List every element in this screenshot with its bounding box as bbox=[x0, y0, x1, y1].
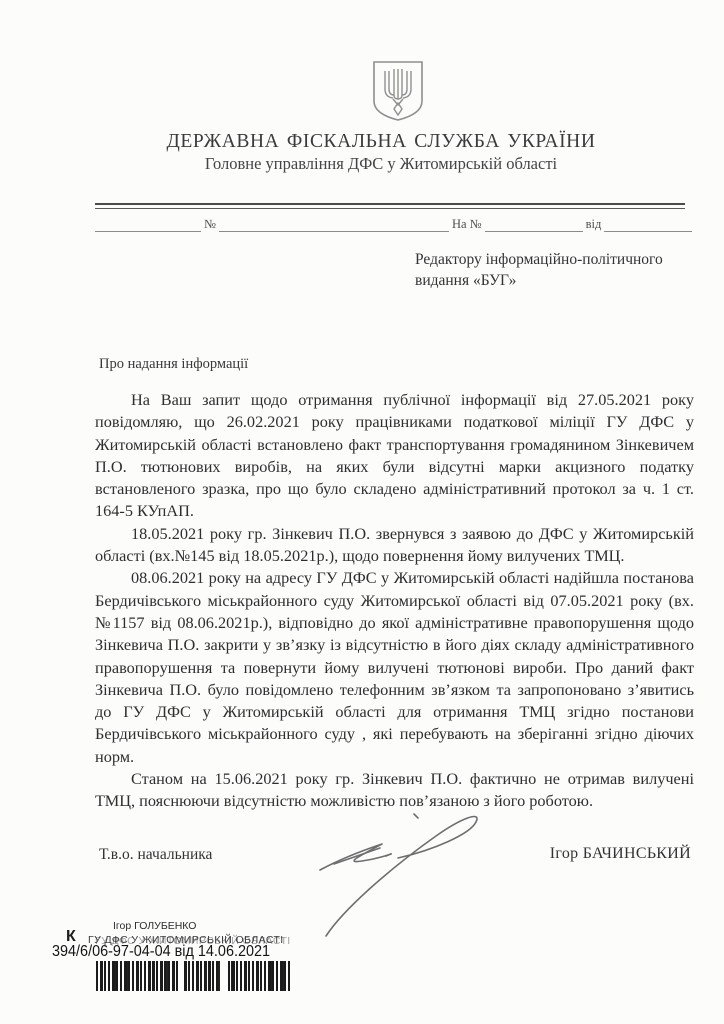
ref-underline bbox=[95, 216, 201, 232]
ref-on-no-label: На № bbox=[449, 217, 485, 232]
ref-underline bbox=[219, 216, 449, 232]
ref-from-label: від bbox=[583, 217, 605, 232]
addressee-line: Редактору інформаційно-політичного bbox=[415, 249, 705, 270]
stamp-doc-number: 394/6/06-97-04-04 від 14.06.2021 bbox=[52, 943, 270, 961]
ref-no-label: № bbox=[201, 217, 219, 232]
handwritten-signature bbox=[268, 798, 503, 940]
org-subtitle: Головне управління ДФС у Житомирській об… bbox=[36, 154, 724, 174]
org-title: ДЕРЖАВНА ФІСКАЛЬНА СЛУЖБА УКРАЇНИ bbox=[36, 131, 724, 153]
stamp-signer-name: Ігор ГОЛУБЕНКО bbox=[113, 920, 196, 932]
signer-name: Ігор БАЧИНСЬКИЙ bbox=[550, 845, 691, 863]
ref-underline bbox=[604, 216, 692, 232]
addressee-block: Редактору інформаційно-політичного видан… bbox=[415, 249, 705, 291]
signer-position-title: Т.в.о. начальника bbox=[99, 846, 212, 864]
ref-underline bbox=[485, 216, 583, 232]
body-paragraph: 08.06.2021 року на адресу ГУ ДФС у Житом… bbox=[95, 567, 694, 768]
body-paragraph: 18.05.2021 року гр. Зінкевич П.О. зверну… bbox=[95, 523, 694, 568]
subject-line: Про надання інформації bbox=[99, 356, 248, 373]
scanned-letter-page: ДЕРЖАВНА ФІСКАЛЬНА СЛУЖБА УКРАЇНИ Головн… bbox=[0, 0, 724, 1024]
addressee-line: видання «БУГ» bbox=[415, 270, 705, 291]
barcode bbox=[96, 961, 292, 991]
body-paragraph: На Ваш запит щодо отримання публічної ін… bbox=[95, 389, 694, 523]
trident-emblem-icon bbox=[366, 59, 430, 123]
letter-body: На Ваш запит щодо отримання публічної ін… bbox=[95, 389, 694, 813]
header-divider bbox=[95, 203, 685, 209]
reference-fields-row: № На № від bbox=[95, 214, 692, 232]
